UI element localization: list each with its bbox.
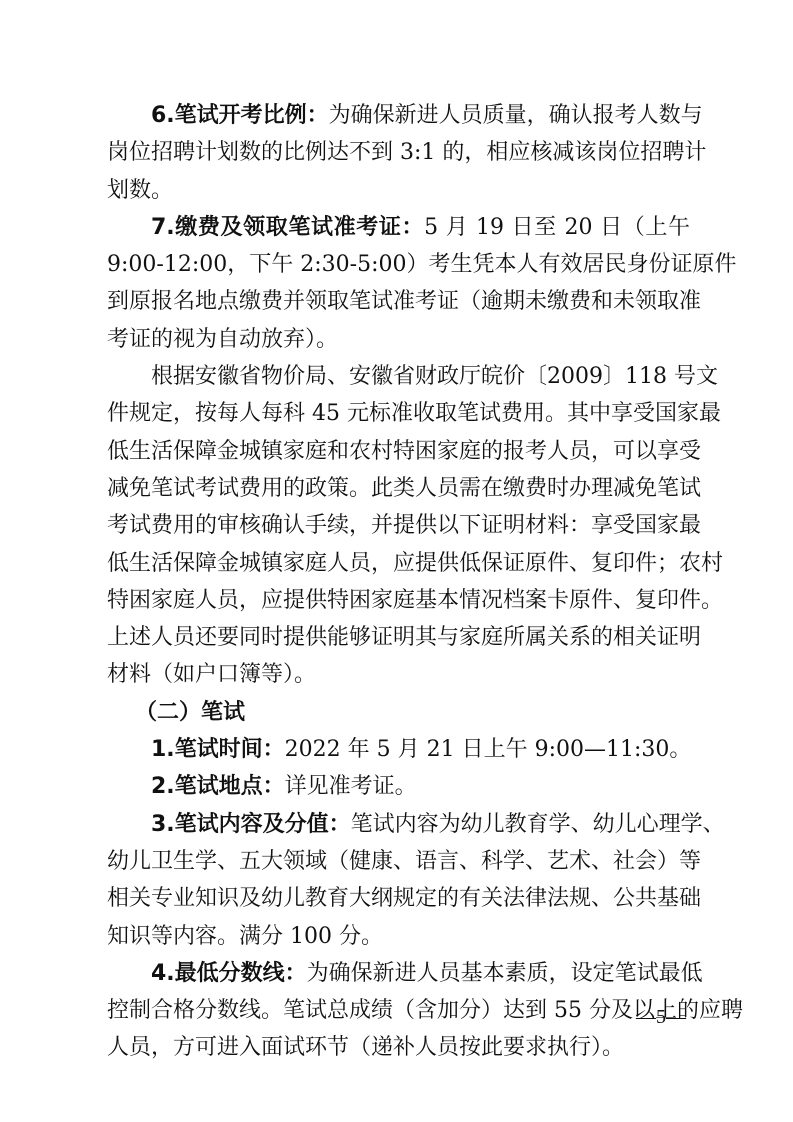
item6-heading: 6.笔试开考比例： [151, 103, 329, 128]
exam-item-time: 1.笔试时间：2022 年 5 月 21 日上午 9:00—11:30。 [107, 731, 690, 768]
paragraph-fee-line3: 低生活保障金城镇家庭和农村特困家庭的报考人员，可以享受 [107, 433, 690, 470]
exam-location-heading: 2.笔试地点： [151, 774, 285, 799]
paragraph-item6-line3: 划数。 [107, 172, 690, 209]
exam-location-text: 详见准考证。 [285, 774, 417, 799]
paragraph-fee-line4: 减免笔试考试费用的政策。此类人员需在缴费时办理减免笔试 [107, 470, 690, 507]
exam-time-heading: 1.笔试时间： [151, 737, 285, 762]
paragraph-item7-line1: 7.缴费及领取笔试准考证：5 月 19 日至 20 日（上午 [107, 209, 690, 246]
paragraph-fee-line7: 特困家庭人员，应提供特困家庭基本情况档案卡原件、复印件。 [107, 582, 690, 619]
document-page: 6.笔试开考比例：为确保新进人员质量，确认报考人数与 岗位招聘计划数的比例达不到… [107, 97, 690, 1067]
paragraph-item6-line2: 岗位招聘计划数的比例达不到 3:1 的，相应核减该岗位招聘计 [107, 134, 690, 171]
paragraph-fee-line2: 件规定，按每人每科 45 元标准收取笔试费用。其中享受国家最 [107, 395, 690, 432]
exam-item-content-line3: 相关专业知识及幼儿教育大纲规定的有关法律法规、公共基础 [107, 880, 690, 917]
item7-heading: 7.缴费及领取笔试准考证： [151, 215, 424, 240]
exam-item-minscore-line1: 4.最低分数线：为确保新进人员基本素质，设定笔试最低 [107, 955, 690, 992]
exam-item-minscore-line2: 控制合格分数线。笔试总成绩（含加分）达到 55 分及以上的应聘 [107, 992, 690, 1029]
exam-minscore-heading: 4.最低分数线： [151, 961, 307, 986]
exam-content-heading: 3.笔试内容及分值： [151, 812, 351, 837]
paragraph-item6-line1: 6.笔试开考比例：为确保新进人员质量，确认报考人数与 [107, 97, 690, 134]
exam-time-text: 2022 年 5 月 21 日上午 9:00—11:30。 [285, 737, 692, 762]
paragraph-fee-line1: 根据安徽省物价局、安徽省财政厅皖价〔2009〕118 号文 [107, 358, 690, 395]
exam-item-content-line1: 3.笔试内容及分值：笔试内容为幼儿教育学、幼儿心理学、 [107, 806, 690, 843]
exam-item-minscore-line3: 人员，方可进入面试环节（递补人员按此要求执行）。 [107, 1029, 690, 1066]
paragraph-item7-line4: 考证的视为自动放弃）。 [107, 321, 690, 358]
section-title: （二）笔试 [107, 694, 690, 731]
paragraph-fee-line8: 上述人员还要同时提供能够证明其与家庭所属关系的相关证明 [107, 619, 690, 656]
paragraph-fee-line9: 材料（如户口簿等）。 [107, 656, 690, 693]
paragraph-fee-line6: 低生活保障金城镇家庭人员，应提供低保证原件、复印件；农村 [107, 545, 690, 582]
paragraph-item7-line2: 9:00-12:00，下午 2:30-5:00）考生凭本人有效居民身份证原件 [107, 246, 690, 283]
exam-item-content-line4: 知识等内容。满分 100 分。 [107, 918, 690, 955]
paragraph-item7-line3: 到原报名地点缴费并领取笔试准考证（逾期未缴费和未领取准 [107, 283, 690, 320]
exam-item-location: 2.笔试地点：详见准考证。 [107, 768, 690, 805]
paragraph-fee-line5: 考试费用的审核确认手续，并提供以下证明材料：享受国家最 [107, 507, 690, 544]
page-number: —5— [636, 1006, 686, 1029]
exam-item-content-line2: 幼儿卫生学、五大领域（健康、语言、科学、艺术、社会）等 [107, 843, 690, 880]
